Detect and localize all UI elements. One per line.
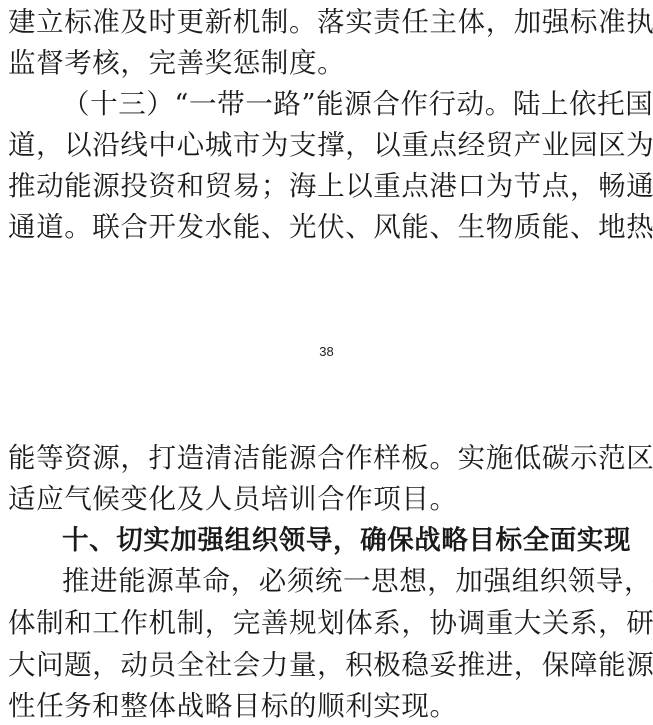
section-heading: 十、切实加强组织领导，确保战略目标全面实现 — [62, 520, 653, 561]
body-text-line: 监督考核，完善奖惩制度。 — [8, 43, 648, 84]
body-text-line: 大问题，动员全社会力量，积极稳妥推进，保障能源革命阶段 — [8, 645, 648, 686]
body-text-line: 推动能源投资和贸易；海上以重点港口为节点，畅通能源输送 — [8, 166, 648, 207]
body-text-line: 建立标准及时更新机制。落实责任主体，加强标准执行，严格 — [8, 2, 648, 43]
subsection-paragraph-start: （十三）“一带一路”能源合作行动。陆上依托国际大通 — [62, 84, 653, 125]
body-text-line: 性任务和整体战略目标的顺利实现。 — [8, 686, 648, 725]
body-text-line: 体制和工作机制，完善规划体系，协调重大关系，研究解决重 — [8, 603, 648, 644]
body-text-line: 能等资源，打造清洁能源合作样板。实施低碳示范区、减缓和 — [8, 438, 648, 479]
page-number: 38 — [0, 344, 653, 359]
body-text-line: 通道。联合开发水能、光伏、风能、生物质能、地热能、海洋 — [8, 207, 648, 248]
paragraph-start: 推进能源革命，必须统一思想，加强组织领导，健全领导 — [62, 561, 653, 602]
body-text-line: 道，以沿线中心城市为支撑，以重点经贸产业园区为合作平台， — [8, 125, 648, 166]
body-text-line: 适应气候变化及人员培训合作项目。 — [8, 479, 648, 520]
